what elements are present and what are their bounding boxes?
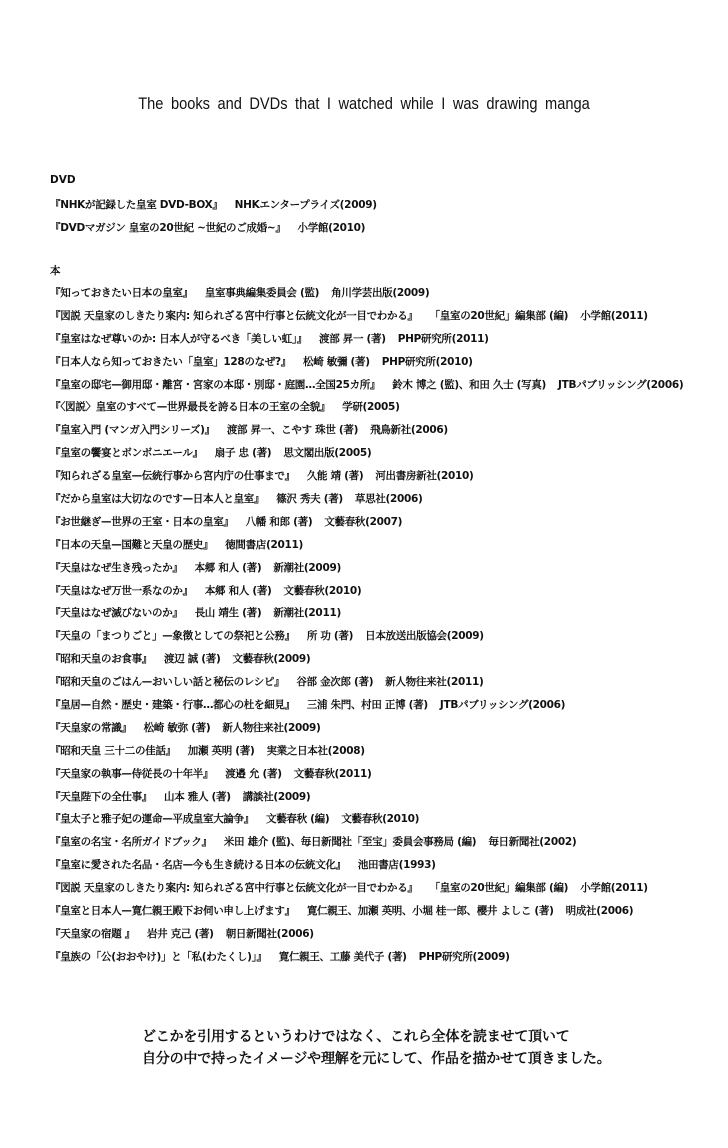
entry-credit: 山本 雅人 (著) <box>164 786 231 809</box>
entry-publisher: 朝日新聞社(2006) <box>226 923 314 946</box>
entry-title: 『天皇はなぜ万世一系なのか』 <box>50 580 193 603</box>
entry-title: 『天皇家の常識』 <box>50 717 132 740</box>
dvd-heading: DVD <box>50 171 377 194</box>
entry-credit: 松崎 敏弥 (著) <box>144 717 211 740</box>
list-item: 『DVDマガジン 皇室の20世紀 ~世紀のご成婚~』小学館(2010) <box>50 217 377 240</box>
entry-credit: 渡部 昇一、こやす 珠世 (著) <box>227 419 358 442</box>
entry-publisher: 小学館(2011) <box>580 877 648 900</box>
entry-credit: 寛仁親王、加瀬 英明、小堀 桂一郎、櫻井 よしこ (著) <box>307 900 554 923</box>
entry-publisher: 小学館(2011) <box>580 305 648 328</box>
entry-title: 『昭和天皇 三十二の佳話』 <box>50 740 176 763</box>
entry-credit: 久能 靖 (著) <box>307 465 364 488</box>
list-item: 『NHKが記録した皇室 DVD-BOX』NHKエンタープライズ(2009) <box>50 194 377 217</box>
entry-title: 『お世継ぎ—世界の王室・日本の皇室』 <box>50 511 234 534</box>
entry-credit: 篠沢 秀夫 (著) <box>276 488 343 511</box>
entry-publisher: 新人物往来社(2009) <box>222 717 320 740</box>
entry-credit: 渡部 昇一 (著) <box>319 328 386 351</box>
entry-title: 『NHKが記録した皇室 DVD-BOX』 <box>50 194 223 217</box>
entry-publisher: 徳間書店(2011) <box>225 534 303 557</box>
entry-credit: 文藝春秋 (編) <box>266 808 329 831</box>
closing-note: どこかを引用するというわけではなく、これら全体を読ませて頂いて 自分の中で持った… <box>142 1026 611 1070</box>
list-item: 『日本の天皇—国難と天皇の歴史』徳間書店(2011) <box>50 534 683 557</box>
entry-publisher: 文藝春秋(2010) <box>284 580 362 603</box>
entry-publisher: 文藝春秋(2009) <box>233 648 311 671</box>
entry-credit: 岩井 克己 (著) <box>147 923 214 946</box>
entry-title: 『知られざる皇室—伝統行事から宮内庁の仕事まで』 <box>50 465 295 488</box>
entry-credit: 八幡 和郎 (著) <box>246 511 313 534</box>
entry-credit: 加瀬 英明 (著) <box>188 740 255 763</box>
entry-publisher: 文藝春秋(2010) <box>341 808 419 831</box>
list-item: 『〈図説〉皇室のすべて—世界最長を誇る日本の王室の全貌』学研(2005) <box>50 396 683 419</box>
list-item: 『天皇家の宿題 』岩井 克己 (著)朝日新聞社(2006) <box>50 923 683 946</box>
entry-credit: 所 功 (著) <box>307 625 353 648</box>
entry-publisher: JTBパブリッシング(2006) <box>558 374 683 397</box>
entry-credit: 鈴木 博之 (監)、和田 久士 (写真) <box>392 374 546 397</box>
entry-credit: 松崎 敏彌 (著) <box>303 351 370 374</box>
entry-publisher: 文藝春秋(2007) <box>324 511 402 534</box>
list-item: 『皇室の邸宅—御用邸・離宮・宮家の本邸・別邸・庭園…全国25カ所』鈴木 博之 (… <box>50 374 683 397</box>
list-item: 『皇室はなぜ尊いのか: 日本人が守るべき「美しい虹」』渡部 昇一 (著)PHP研… <box>50 328 683 351</box>
entry-title: 『天皇陛下の全仕事』 <box>50 786 152 809</box>
list-item: 『皇族の「公(おおやけ)」と「私(わたくし)」』寛仁親王、工藤 美代子 (著)P… <box>50 946 683 969</box>
entry-credit: 三浦 朱門、村田 正博 (著) <box>307 694 428 717</box>
entry-title: 『皇居—自然・歴史・建築・行事…都心の杜を細見』 <box>50 694 295 717</box>
entry-publisher: 河出書房新社(2010) <box>375 465 473 488</box>
entry-publisher: 学研(2005) <box>342 396 399 419</box>
list-item: 『天皇はなぜ生き残ったか』本郷 和人 (著)新潮社(2009) <box>50 557 683 580</box>
entry-publisher: 毎日新聞社(2002) <box>488 831 576 854</box>
entry-title: 『図説 天皇家のしきたり案内: 知られざる宮中行事と伝統文化が一目でわかる』 <box>50 877 418 900</box>
entry-publisher: 新潮社(2011) <box>273 602 341 625</box>
entry-publisher: 池田書店(1993) <box>358 854 436 877</box>
list-item: 『皇室の饗宴とボンボニエール』扇子 忠 (著)思文閣出版(2005) <box>50 442 683 465</box>
entry-title: 『日本人なら知っておきたい「皇室」128のなぜ?』 <box>50 351 291 374</box>
entry-credit: 「皇室の20世紀」編集部 (編) <box>430 305 569 328</box>
dvd-list: 『NHKが記録した皇室 DVD-BOX』NHKエンタープライズ(2009)『DV… <box>50 194 377 240</box>
list-item: 『皇室と日本人—寛仁親王殿下お伺い申し上げます』寛仁親王、加瀬 英明、小堀 桂一… <box>50 900 683 923</box>
entry-publisher: 飛鳥新社(2006) <box>370 419 448 442</box>
list-item: 『昭和天皇 三十二の佳話』加瀬 英明 (著)実業之日本社(2008) <box>50 740 683 763</box>
entry-publisher: 新人物往来社(2011) <box>385 671 483 694</box>
entry-title: 『皇室の名宝・名所ガイドブック』 <box>50 831 212 854</box>
entry-credit: 「皇室の20世紀」編集部 (編) <box>430 877 569 900</box>
entry-title: 『DVDマガジン 皇室の20世紀 ~世紀のご成婚~』 <box>50 217 286 240</box>
book-section: 本 『知っておきたい日本の皇室』皇室事典編集委員会 (監)角川学芸出版(2009… <box>50 262 683 969</box>
entry-title: 『図説 天皇家のしきたり案内: 知られざる宮中行事と伝統文化が一目でわかる』 <box>50 305 418 328</box>
entry-publisher: 明成社(2006) <box>566 900 634 923</box>
list-item: 『皇居—自然・歴史・建築・行事…都心の杜を細見』三浦 朱門、村田 正博 (著)J… <box>50 694 683 717</box>
entry-title: 『皇族の「公(おおやけ)」と「私(わたくし)」』 <box>50 946 267 969</box>
list-item: 『皇室入門 (マンガ入門シリーズ)』渡部 昇一、こやす 珠世 (著)飛鳥新社(2… <box>50 419 683 442</box>
list-item: 『昭和天皇のごはん—おいしい話と秘伝のレシピ』谷部 金次郎 (著)新人物往来社(… <box>50 671 683 694</box>
entry-credit: 寛仁親王、工藤 美代子 (著) <box>279 946 407 969</box>
entry-credit: 米田 雄介 (監)、毎日新聞社「至宝」委員会事務局 (編) <box>224 831 476 854</box>
book-heading: 本 <box>50 262 683 282</box>
entry-credit: 本郷 和人 (著) <box>205 580 272 603</box>
entry-credit: 渡邉 允 (著) <box>225 763 282 786</box>
entry-credit: 谷部 金次郎 (著) <box>296 671 373 694</box>
list-item: 『皇室に愛された名品・名店—今も生き続ける日本の伝統文化』池田書店(1993) <box>50 854 683 877</box>
entry-publisher: PHP研究所(2010) <box>382 351 473 374</box>
entry-publisher: NHKエンタープライズ(2009) <box>235 194 377 217</box>
entry-publisher: 日本放送出版協会(2009) <box>365 625 484 648</box>
list-item: 『天皇はなぜ滅びないのか』長山 靖生 (著)新潮社(2011) <box>50 602 683 625</box>
list-item: 『皇太子と雅子妃の運命—平成皇室大論争』文藝春秋 (編)文藝春秋(2010) <box>50 808 683 831</box>
entry-title: 『皇太子と雅子妃の運命—平成皇室大論争』 <box>50 808 254 831</box>
entry-credit: 扇子 忠 (著) <box>215 442 272 465</box>
list-item: 『天皇はなぜ万世一系なのか』本郷 和人 (著)文藝春秋(2010) <box>50 580 683 603</box>
entry-title: 『天皇の「まつりごと」—象徴としての祭祀と公務』 <box>50 625 295 648</box>
entry-title: 『昭和天皇のごはん—おいしい話と秘伝のレシピ』 <box>50 671 284 694</box>
entry-credit: 渡辺 誠 (著) <box>164 648 221 671</box>
list-item: 『天皇家の執事—侍従長の十年半』渡邉 允 (著)文藝春秋(2011) <box>50 763 683 786</box>
entry-publisher: 新潮社(2009) <box>273 557 341 580</box>
note-line-2: 自分の中で持ったイメージや理解を元にして、作品を描かせて頂きました。 <box>142 1048 611 1070</box>
page-title: The books and DVDs that I watched while … <box>51 94 677 114</box>
list-item: 『天皇家の常識』松崎 敏弥 (著)新人物往来社(2009) <box>50 717 683 740</box>
list-item: 『図説 天皇家のしきたり案内: 知られざる宮中行事と伝統文化が一目でわかる』「皇… <box>50 877 683 900</box>
list-item: 『天皇の「まつりごと」—象徴としての祭祀と公務』所 功 (著)日本放送出版協会(… <box>50 625 683 648</box>
entry-title: 『天皇家の執事—侍従長の十年半』 <box>50 763 213 786</box>
entry-credit: 本郷 和人 (著) <box>195 557 262 580</box>
entry-publisher: 講談社(2009) <box>243 786 311 809</box>
entry-publisher: PHP研究所(2009) <box>419 946 510 969</box>
entry-title: 『だから皇室は大切なのです—日本人と皇室』 <box>50 488 264 511</box>
entry-title: 『皇室の饗宴とボンボニエール』 <box>50 442 203 465</box>
entry-publisher: PHP研究所(2011) <box>398 328 489 351</box>
dvd-section: DVD 『NHKが記録した皇室 DVD-BOX』NHKエンタープライズ(2009… <box>50 171 377 240</box>
entry-publisher: 文藝春秋(2011) <box>294 763 372 786</box>
entry-credit: 長山 靖生 (著) <box>195 602 262 625</box>
entry-title: 『昭和天皇のお食事』 <box>50 648 152 671</box>
entry-title: 『皇室はなぜ尊いのか: 日本人が守るべき「美しい虹」』 <box>50 328 307 351</box>
list-item: 『図説 天皇家のしきたり案内: 知られざる宮中行事と伝統文化が一目でわかる』「皇… <box>50 305 683 328</box>
note-line-1: どこかを引用するというわけではなく、これら全体を読ませて頂いて <box>142 1026 611 1048</box>
entry-title: 『皇室に愛された名品・名店—今も生き続ける日本の伝統文化』 <box>50 854 346 877</box>
entry-title: 『天皇家の宿題 』 <box>50 923 135 946</box>
entry-publisher: 思文閣出版(2005) <box>283 442 371 465</box>
entry-title: 『皇室と日本人—寛仁親王殿下お伺い申し上げます』 <box>50 900 295 923</box>
list-item: 『お世継ぎ—世界の王室・日本の皇室』八幡 和郎 (著)文藝春秋(2007) <box>50 511 683 534</box>
entry-title: 『〈図説〉皇室のすべて—世界最長を誇る日本の王室の全貌』 <box>50 396 330 419</box>
entry-title: 『皇室入門 (マンガ入門シリーズ)』 <box>50 419 215 442</box>
entry-publisher: JTBパブリッシング(2006) <box>440 694 565 717</box>
entry-title: 『皇室の邸宅—御用邸・離宮・宮家の本邸・別邸・庭園…全国25カ所』 <box>50 374 380 397</box>
list-item: 『皇室の名宝・名所ガイドブック』米田 雄介 (監)、毎日新聞社「至宝」委員会事務… <box>50 831 683 854</box>
entry-title: 『天皇はなぜ生き残ったか』 <box>50 557 183 580</box>
entry-publisher: 草思社(2006) <box>355 488 423 511</box>
entry-publisher: 実業之日本社(2008) <box>266 740 364 763</box>
entry-title: 『天皇はなぜ滅びないのか』 <box>50 602 183 625</box>
list-item: 『知られざる皇室—伝統行事から宮内庁の仕事まで』久能 靖 (著)河出書房新社(2… <box>50 465 683 488</box>
entry-publisher: 角川学芸出版(2009) <box>331 282 429 305</box>
book-list: 『知っておきたい日本の皇室』皇室事典編集委員会 (監)角川学芸出版(2009)『… <box>50 282 683 969</box>
list-item: 『だから皇室は大切なのです—日本人と皇室』篠沢 秀夫 (著)草思社(2006) <box>50 488 683 511</box>
list-item: 『天皇陛下の全仕事』山本 雅人 (著)講談社(2009) <box>50 786 683 809</box>
entry-title: 『知っておきたい日本の皇室』 <box>50 282 193 305</box>
list-item: 『知っておきたい日本の皇室』皇室事典編集委員会 (監)角川学芸出版(2009) <box>50 282 683 305</box>
list-item: 『昭和天皇のお食事』渡辺 誠 (著)文藝春秋(2009) <box>50 648 683 671</box>
entry-credit: 皇室事典編集委員会 (監) <box>205 282 319 305</box>
entry-publisher: 小学館(2010) <box>298 217 366 240</box>
entry-title: 『日本の天皇—国難と天皇の歴史』 <box>50 534 213 557</box>
list-item: 『日本人なら知っておきたい「皇室」128のなぜ?』松崎 敏彌 (著)PHP研究所… <box>50 351 683 374</box>
